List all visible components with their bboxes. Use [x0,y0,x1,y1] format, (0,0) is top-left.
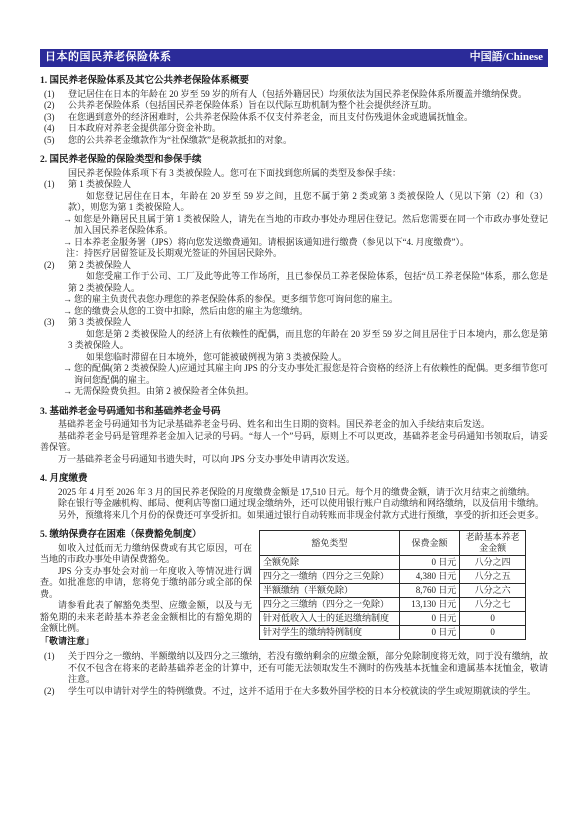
section-overview: 1. 国民养老保险体系及其它公共养老保险体系概要 (1) 登记居住在日本的年龄在… [40,76,548,146]
pension-fraction-cell: 八分之五 [460,570,526,584]
table-header-row: 豁免类型 保费金额 老龄基本养老金金额 [260,531,526,556]
paragraph: 基础养老金号码通知书为记录基础养老金号码、姓名和出生日期的资料。国民养老金的加入… [40,419,548,431]
notice-label: 「敬请注意」 [40,636,252,648]
group-note: 注：持医疗居留签证及长期观光签证的外国居民除外。 [66,248,548,260]
list-item: (1) 登记居住在日本的年龄在 20 岁至 59 岁的所有人（包括外籍居民）均须… [40,89,548,101]
table-row: 四分之三缴纳（四分之一免除） 13,130 日元 八分之七 [260,598,526,612]
paragraph: 2025 年 4 月至 2026 年 3 月的国民养老保险的月度缴费金额是 17… [40,487,548,499]
arrow-icon: → [63,294,74,306]
list-item: (5) 您的公共养老金缴款作为“社保缴款”是税款抵扣的对象。 [40,135,548,147]
arrow-icon: → [63,214,74,237]
pension-fraction-cell: 八分之四 [460,556,526,570]
table-row: 针对学生的缴纳特例制度 0 日元 0 [260,626,526,640]
table-row: 四分之一缴纳（四分之三免除） 4,380 日元 八分之五 [260,570,526,584]
group-title-row: (3) 第 3 类被保险人 [40,317,548,329]
note-item: (2) 学生可以申请针对学生的特例缴费。不过，这并不适用于在大多数外国学校的日本… [40,686,548,698]
table-row: 全额免除 0 日元 八分之四 [260,556,526,570]
item-text: 在您遇到意外的经济困难时，公共养老保险体系不仅支付养老金，而且支付伤残退休金或遗… [68,112,548,124]
pension-fraction-cell: 八分之六 [460,584,526,598]
exemption-type-cell: 全额免除 [260,556,400,570]
note-item: (1) 关于四分之一缴纳、半额缴纳以及四分之三缴纳，若没有缴纳剩余的应缴金额，部… [40,651,548,686]
exemption-table: 豁免类型 保费金额 老龄基本养老金金额 全额免除 0 日元 八分之四 四分之一缴… [259,530,526,640]
group-paragraph: 如您是第 2 类被保险人的经济上有依赖性的配偶，而且您的年龄在 20 岁至 59… [68,329,548,352]
insured-group-1: (1) 第 1 类被保险人 如您登记居住在日本，年龄在 20 岁至 59 岁之间… [40,179,548,260]
section-2-heading: 2. 国民养老保险的保险类型和参保手续 [40,155,548,167]
exemption-type-cell: 针对低收入人士的延迟缴纳制度 [260,612,400,626]
item-number: (2) [40,100,68,112]
table-row: 半额缴纳（半额免除） 8,760 日元 八分之六 [260,584,526,598]
caution-notes: (1) 关于四分之一缴纳、半额缴纳以及四分之三缴纳，若没有缴纳剩余的应缴金额，部… [40,651,548,697]
exemption-type-cell: 四分之一缴纳（四分之三免除） [260,570,400,584]
group-title-row: (2) 第 2 类被保险人 [40,260,548,272]
insured-group-3: (3) 第 3 类被保险人 如您是第 2 类被保险人的经济上有依赖性的配偶，而且… [40,317,548,398]
exemption-table-column: 豁免类型 保费金额 老龄基本养老金金额 全额免除 0 日元 八分之四 四分之一缴… [252,530,548,647]
item-text: 登记居住在日本的年龄在 20 岁至 59 岁的所有人（包括外籍居民）均须依法为国… [68,89,548,101]
section-exemption: 5. 缴纳保费存在困难（保费豁免制度） 如收入过低而无力缴纳保费或有其它原因，可… [40,530,548,647]
item-number: (5) [40,135,68,147]
arrow-text: 日本养老金服务署（JPS）将向您发送缴费通知。请根据该通知进行缴费（参见以下“4… [74,237,548,249]
paragraph: 请参看此表了解豁免类型、应缴金额，以及与无豁免期的未来老龄基本养老金金额相比的有… [40,600,252,635]
arrow-text: 您的缴费会从您的工资中扣除，然后由您的雇主为您缴纳。 [74,306,548,318]
section-insured-types: 2. 国民养老保险的保险类型和参保手续 国民养老保险体系项下有 3 类被保险人。… [40,155,548,398]
col-header-exemption-type: 豁免类型 [260,531,400,556]
premium-amount-cell: 0 日元 [399,556,460,570]
group-paragraph: 如您受雇工作于公司、工厂及此等此等工作场所，且已参保员工养老保险体系，包括“员工… [68,271,548,294]
section-pension-number: 3. 基础养老金号码通知书和基础养老金号码 基础养老金号码通知书为记录基础养老金… [40,407,548,466]
group-title-row: (1) 第 1 类被保险人 [40,179,548,191]
group-body: 如您是第 2 类被保险人的经济上有依赖性的配偶，而且您的年龄在 20 岁至 59… [68,329,548,398]
note-number: (1) [40,651,68,686]
section-2-intro: 国民养老保险体系项下有 3 类被保险人。您可在下面找到您所属的类型及参保手续： [68,168,548,180]
premium-amount-cell: 8,760 日元 [399,584,460,598]
arrow-item: → 您的缴费会从您的工资中扣除，然后由您的雇主为您缴纳。 [63,306,548,318]
arrow-icon: → [63,386,74,398]
arrow-text: 您的配偶(第 2 类被保险人)应通过其雇主向 JPS 的分支办事处汇报您是符合资… [74,363,548,386]
premium-amount-cell: 0 日元 [399,612,460,626]
group-title: 第 3 类被保险人 [68,317,131,329]
col-header-basic-pension-amount: 老龄基本养老金金额 [460,531,526,556]
section-4-heading: 4. 月度缴费 [40,474,548,486]
group-body: 如您登记居住在日本，年龄在 20 岁至 59 岁之间，且您不属于第 2 类或第 … [68,191,548,260]
pension-fraction-cell: 0 [460,612,526,626]
arrow-text: 无需保险费负担。由第 2 被保险者全体负担。 [74,386,548,398]
document-title: 日本的国民养老保险体系 [45,52,172,64]
note-number: (2) [40,686,68,698]
table-row: 针对低收入人士的延迟缴纳制度 0 日元 0 [260,612,526,626]
arrow-item: → 日本养老金服务署（JPS）将向您发送缴费通知。请根据该通知进行缴费（参见以下… [63,237,548,249]
exemption-text-column: 5. 缴纳保费存在困难（保费豁免制度） 如收入过低而无力缴纳保费或有其它原因，可… [40,530,252,647]
paragraph: 除在银行等金融机构、邮局、便利店等窗口通过现金缴纳外，还可以使用银行账户自动缴纳… [40,498,548,510]
arrow-text: 您的雇主负责代表您办理您的养老保险体系的参保。更多细节您可询问您的雇主。 [74,294,548,306]
item-number: (1) [40,89,68,101]
group-paragraph: 如果您临时滞留在日本境外，您可能被破例视为第 3 类被保险人。 [68,352,548,364]
item-number: (3) [40,112,68,124]
exemption-type-cell: 半额缴纳（半额免除） [260,584,400,598]
section-3-heading: 3. 基础养老金号码通知书和基础养老金号码 [40,407,548,419]
premium-amount-cell: 13,130 日元 [399,598,460,612]
group-number: (2) [40,260,68,272]
section-5-heading: 5. 缴纳保费存在困难（保费豁免制度） [40,530,252,542]
premium-amount-cell: 4,380 日元 [399,570,460,584]
paragraph: 基础养老金号码是管理养老金加入记录的号码。“每人一个”号码，原则上不可以更改，基… [40,431,548,454]
arrow-text: 如您是外籍居民且属于第 1 类被保险人，请先在当地的市政办事处办理居住登记。然后… [74,214,548,237]
section-monthly-payment: 4. 月度缴费 2025 年 4 月至 2026 年 3 月的国民养老保险的月度… [40,474,548,521]
list-item: (3) 在您遇到意外的经济困难时，公共养老保险体系不仅支付养老金，而且支付伤残退… [40,112,548,124]
paragraph: 万一基础养老金号码通知书遗失时，可以向 JPS 分支办事处申请再次发送。 [40,454,548,466]
pension-fraction-cell: 0 [460,626,526,640]
exemption-type-cell: 四分之三缴纳（四分之一免除） [260,598,400,612]
title-bar: 日本的国民养老保险体系 中国語/Chinese [40,49,548,67]
group-paragraph: 如您登记居住在日本，年龄在 20 岁至 59 岁之间，且您不属于第 2 类或第 … [68,191,548,214]
list-item: (4) 日本政府对养老金提供部分资金补助。 [40,123,548,135]
insured-group-2: (2) 第 2 类被保险人 如您受雇工作于公司、工厂及此等此等工作场所，且已参保… [40,260,548,318]
arrow-item: → 您的配偶(第 2 类被保险人)应通过其雇主向 JPS 的分支办事处汇报您是符… [63,363,548,386]
item-text: 日本政府对养老金提供部分资金补助。 [68,123,548,135]
item-text: 公共养老保险体系（包括国民养老保险体系）旨在以代际互助机制为整个社会提供经济互助… [68,100,548,112]
arrow-icon: → [63,363,74,386]
group-title: 第 2 类被保险人 [68,260,131,272]
arrow-icon: → [63,306,74,318]
group-title: 第 1 类被保险人 [68,179,131,191]
exemption-type-cell: 针对学生的缴纳特例制度 [260,626,400,640]
list-item: (2) 公共养老保险体系（包括国民养老保险体系）旨在以代际互助机制为整个社会提供… [40,100,548,112]
paragraph: 如收入过低而无力缴纳保费或有其它原因，可在当地的市政办事处申请保费豁免。 [40,543,252,566]
arrow-item: → 无需保险费负担。由第 2 被保险者全体负担。 [63,386,548,398]
language-label: 中国語/Chinese [470,52,543,64]
arrow-icon: → [63,237,74,249]
item-text: 您的公共养老金缴款作为“社保缴款”是税款抵扣的对象。 [68,135,548,147]
premium-amount-cell: 0 日元 [399,626,460,640]
pension-fraction-cell: 八分之七 [460,598,526,612]
paragraph: 另外，预缴将来几个月份的保费还可享受折扣。如果通过银行自动转账而非现金付款方式进… [40,510,548,522]
note-text: 关于四分之一缴纳、半额缴纳以及四分之三缴纳，若没有缴纳剩余的应缴金额，部分免除制… [68,651,548,686]
group-body: 如您受雇工作于公司、工厂及此等此等工作场所，且已参保员工养老保险体系，包括“员工… [68,271,548,317]
item-number: (4) [40,123,68,135]
document-page: 日本的国民养老保险体系 中国語/Chinese 1. 国民养老保险体系及其它公共… [0,0,586,832]
arrow-item: → 您的雇主负责代表您办理您的养老保险体系的参保。更多细节您可询问您的雇主。 [63,294,548,306]
note-text: 学生可以申请针对学生的特例缴费。不过，这并不适用于在大多数外国学校的日本分校就读… [68,686,548,698]
group-number: (3) [40,317,68,329]
paragraph: JPS 分支办事处会对前一年度收入等情况进行调查。如批准您的申请，您将免于缴纳部… [40,566,252,601]
group-number: (1) [40,179,68,191]
section-1-heading: 1. 国民养老保险体系及其它公共养老保险体系概要 [40,76,548,88]
arrow-item: → 如您是外籍居民且属于第 1 类被保险人，请先在当地的市政办事处办理居住登记。… [63,214,548,237]
col-header-premium-amount: 保费金额 [399,531,460,556]
